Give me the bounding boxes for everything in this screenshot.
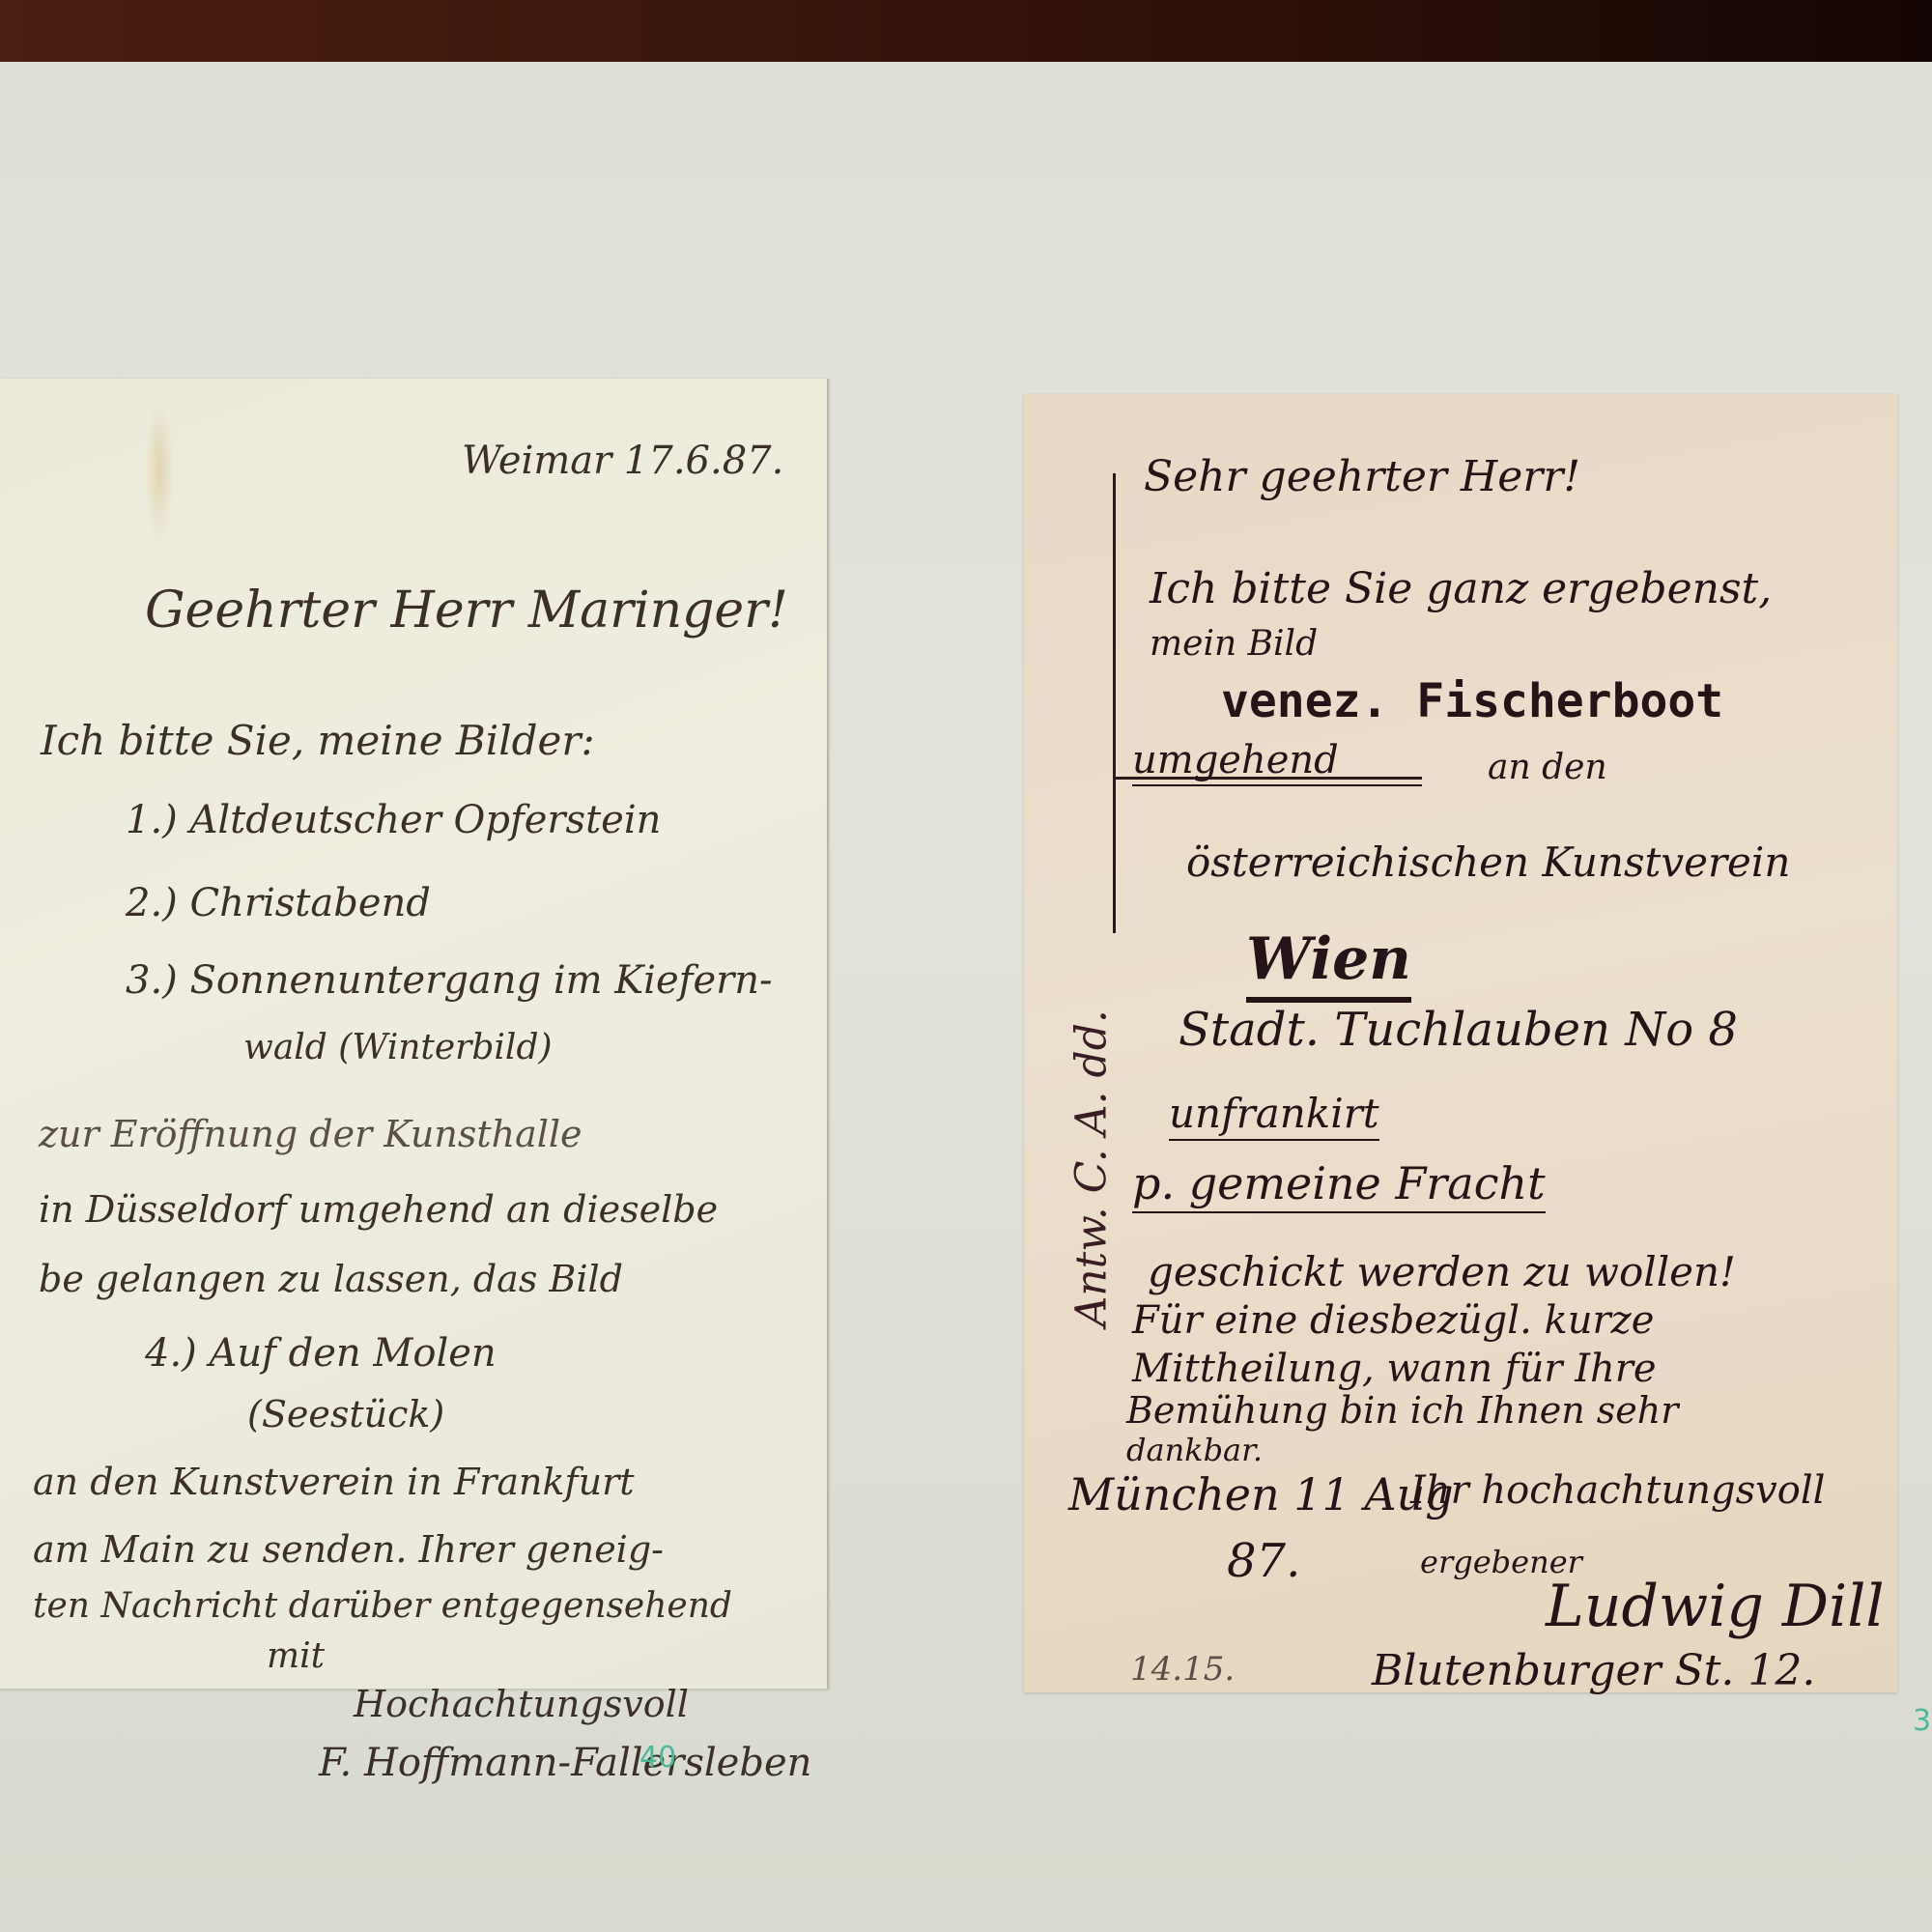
margin-date: 14.15. [1130,1650,1235,1689]
umgehend-word: umgehend [1132,738,1422,786]
album-page: Weimar 17.6.87. Geehrter Herr Maringer! … [0,62,1932,1932]
letter-hoffmann: Weimar 17.6.87. Geehrter Herr Maringer! … [0,379,829,1689]
body-line: be gelangen zu lassen, das Bild [39,1258,623,1300]
body-line: Mittheilung, wann für Ihre [1132,1347,1657,1391]
address: Stadt. Tuchlauben No 8 [1179,1003,1738,1057]
closing-line: mit [267,1636,325,1676]
body-line: an den [1488,748,1607,787]
page-number-left: 40 [639,1741,676,1775]
body-line: Bemühung bin ich Ihnen sehr [1126,1389,1678,1432]
place-date: München 11 Aug [1068,1468,1454,1520]
list-item-1: 1.) Altdeutscher Opferstein [126,798,661,842]
recipient-line: österreichischen Kunstverein [1186,838,1790,886]
year: 87. [1227,1534,1300,1588]
shipping-unfrankirt: unfrankirt [1169,1090,1379,1141]
list-item-3-cont: wald (Winterbild) [243,1028,553,1067]
body-line: an den Kunstverein in Frankfurt [33,1461,635,1503]
sender-address: Blutenburger St. 12. [1372,1646,1815,1695]
page-number-right: 3 [1913,1704,1931,1738]
salutation: Geehrter Herr Maringer! [145,582,788,639]
painting-title: venez. Fischerboot [1221,674,1723,728]
intro-line: Ich bitte Sie, meine Bilder: [41,717,595,764]
body-line: in Düsseldorf umgehend an dieselbe [39,1188,718,1231]
body-line: dankbar. [1126,1432,1263,1468]
recipient: österreichischen Kunstverein [1186,838,1790,886]
paper-stain [145,398,174,543]
signature: F. Hoffmann-Fallersleben [319,1741,811,1785]
body-line: zur Eröffnung der Kunsthalle [39,1113,582,1155]
body-line: am Main zu senden. Ihrer geneig- [33,1528,664,1571]
body-line: ten Nachricht darüber entgegensehend [33,1586,732,1626]
closing-line: Ihr hochachtungsvoll [1410,1468,1825,1513]
list-item-4: 4.) Auf den Molen [145,1331,497,1376]
list-item-2: 2.) Christabend [126,881,431,925]
shipping-fracht: p. gemeine Fracht [1132,1157,1546,1213]
list-item-3: 3.) Sonnenuntergang im Kiefern- [126,958,773,1003]
closing-line: Hochachtungsvoll [354,1683,689,1725]
signature: Ludwig Dill [1546,1573,1885,1640]
reply-annotation: Antw. C. A. dd. [1067,902,1117,1327]
body-line: mein Bild [1150,624,1318,664]
letter-dill: Antw. C. A. dd. Sehr geehrter Herr! Ich … [1024,394,1897,1692]
salutation: Sehr geehrter Herr! [1144,452,1580,501]
body-line: geschickt werden zu wollen! [1148,1248,1736,1295]
body-line: Ich bitte Sie ganz ergebenst, [1150,564,1772,613]
body-line: Für eine diesbezügl. kurze [1132,1298,1654,1343]
margin-rule [1113,473,1116,933]
city: Wien [1246,925,1411,1003]
place-date: Weimar 17.6.87. [462,439,783,483]
list-item-4-sub: (Seestück) [247,1393,444,1435]
